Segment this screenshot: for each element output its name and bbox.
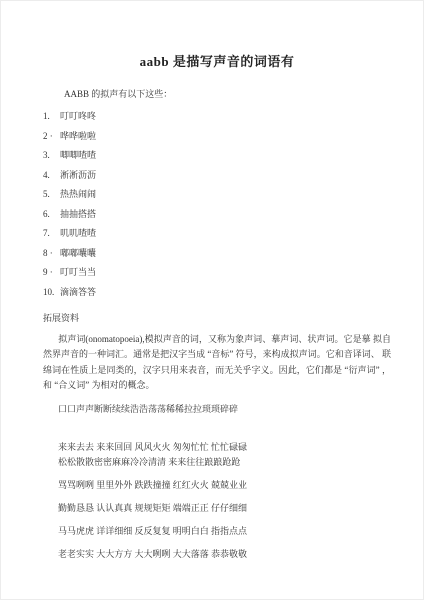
- list-item-text: 热热闹闹: [60, 189, 96, 199]
- list-item-text: 抽抽搭搭: [60, 209, 96, 219]
- list-item-number: 1.: [43, 111, 60, 121]
- intro-line: AABB 的拟声有以下这些：: [64, 89, 391, 100]
- list-item-text: 唧唧喳喳: [60, 150, 96, 160]
- list-item-number: 10.: [43, 287, 60, 297]
- list-item: 10.滴滴答答: [43, 287, 391, 297]
- list-item: 1.叮叮咚咚: [43, 111, 391, 121]
- list-item: 5.热热闹闹: [43, 189, 391, 199]
- list-item-text: 嘟嘟囔囔: [60, 248, 96, 258]
- list-item-number: 8 ·: [43, 248, 60, 258]
- word-rows-block: 来来去去 来来回回 风风火火 匆匆忙忙 忙忙碌碌 松松散散密密麻麻冷冷清清 来来…: [58, 441, 391, 560]
- list-item-number: 6.: [43, 209, 60, 219]
- list-item-text: 淅淅沥沥: [60, 170, 96, 180]
- list-item-number: 4.: [43, 170, 60, 180]
- list-item-text: 叽叽喳喳: [60, 228, 96, 238]
- word-row: 马马虎虎 详详细细 反反复复 明明白白 指指点点: [58, 525, 391, 537]
- list-item: 9 ·叮叮当当: [43, 267, 391, 277]
- body-paragraph: 拟声词(onomatopoeia),模拟声音的词，又称为象声词、摹声词、状声词。…: [43, 332, 391, 394]
- list-item: 4.淅淅沥沥: [43, 170, 391, 180]
- sound-words-line: 口口声声断断续续浩浩荡荡稀稀拉拉琐琐碎碎: [58, 404, 391, 415]
- word-row: 勤勤恳恳 认认真真 规规矩矩 端端正正 仔仔细细: [58, 502, 391, 514]
- page-title: aabb 是描写声音的词语有: [43, 51, 391, 70]
- word-row: 来来去去 来来回回 风风火火 匆匆忙忙 忙忙碌碌: [58, 441, 391, 453]
- section-label: 拓展资料: [43, 313, 391, 324]
- list-item-number: 3.: [43, 150, 60, 160]
- list-item-number: 7.: [43, 228, 60, 238]
- list-item-text: 哗哗啦啦: [60, 131, 96, 141]
- onomatopoeia-list: 1.叮叮咚咚 2 ·哗哗啦啦 3.唧唧喳喳 4.淅淅沥沥 5.热热闹闹 6.抽抽…: [43, 111, 391, 297]
- list-item-number: 5.: [43, 189, 60, 199]
- document-page: aabb 是描写声音的词语有 AABB 的拟声有以下这些： 1.叮叮咚咚 2 ·…: [0, 0, 424, 600]
- word-row: 骂骂咧咧 里里外外 跌跌撞撞 红红火火 兢兢业业: [58, 479, 391, 491]
- list-item: 2 ·哗哗啦啦: [43, 131, 391, 141]
- word-row: 老老实实 大大方方 大大咧咧 大大落落 恭恭敬敬: [58, 548, 391, 560]
- list-item: 6.抽抽搭搭: [43, 209, 391, 219]
- list-item: 8 ·嘟嘟囔囔: [43, 248, 391, 258]
- list-item: 3.唧唧喳喳: [43, 150, 391, 160]
- list-item: 7.叽叽喳喳: [43, 228, 391, 238]
- list-item-number: 9 ·: [43, 267, 60, 277]
- list-item-text: 叮叮咚咚: [60, 111, 96, 121]
- list-item-number: 2 ·: [43, 131, 60, 141]
- list-item-text: 滴滴答答: [60, 287, 96, 297]
- word-row: 松松散散密密麻麻冷冷清清 来来往往踉踉跄跄: [58, 456, 391, 468]
- list-item-text: 叮叮当当: [60, 267, 96, 277]
